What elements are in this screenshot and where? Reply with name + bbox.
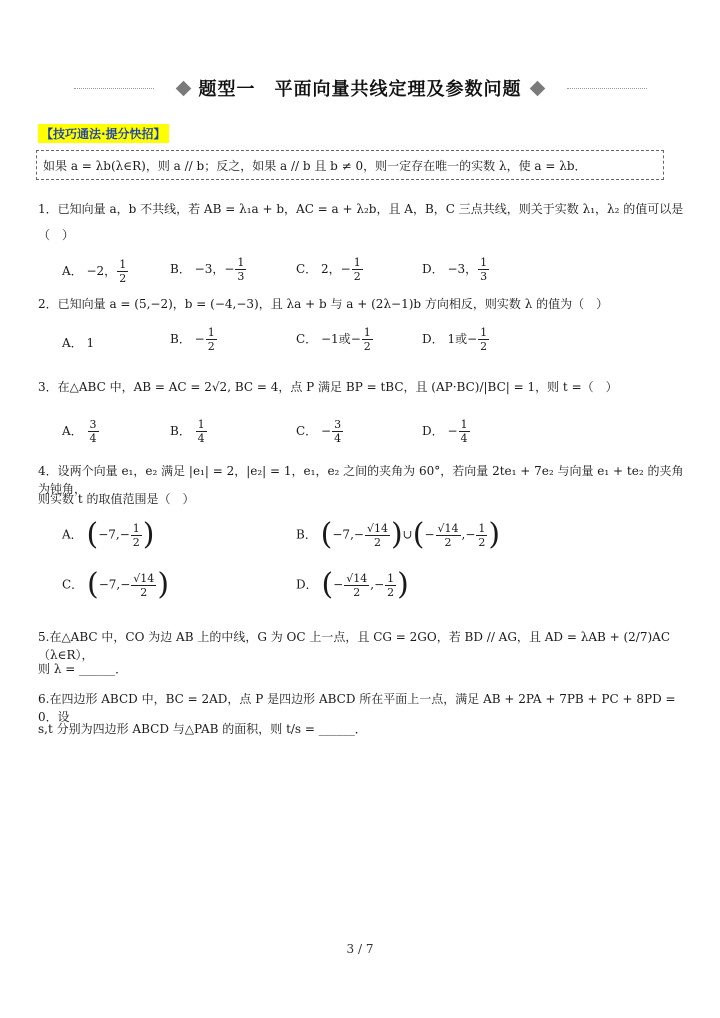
tip-content: 如果 a = λb(λ∈R)，则 a // b；反之，如果 a // b 且 b… <box>43 157 587 174</box>
section-title: 题型一 平面向量共线定理及参数问题 <box>199 75 522 101</box>
option-b[interactable]: B． −12 <box>170 326 218 353</box>
option-a[interactable]: A． 1 <box>62 334 94 351</box>
question-4-cont: 则实数 t 的取值范围是（ ） <box>38 490 194 508</box>
option-a[interactable]: A． −2，12 <box>62 258 129 285</box>
option-c[interactable]: C． −34 <box>296 418 344 445</box>
option-d[interactable]: D． (−√142,−12) <box>296 570 409 600</box>
question-5: 5.在△ABC 中，CO 为边 AB 上的中线，G 为 OC 上一点，且 CG … <box>38 628 688 664</box>
option-d[interactable]: D． −14 <box>422 418 471 445</box>
tip-box: 如果 a = λb(λ∈R)，则 a // b；反之，如果 a // b 且 b… <box>36 150 664 180</box>
tip-label: 【技巧通法·提分快招】 <box>38 124 169 143</box>
diamond-icon <box>529 80 545 96</box>
option-c[interactable]: C． −1或−12 <box>296 326 374 353</box>
question-2: 2．已知向量 a = (5,−2)，b = (−4,−3)，且 λa + b 与… <box>38 295 688 313</box>
question-1-cont: （ ） <box>38 226 74 244</box>
option-b[interactable]: B． (−7,−√142)∪(−√142,−12) <box>296 520 500 550</box>
question-5-cont: 则 λ = ______． <box>38 660 127 678</box>
option-d[interactable]: D． 1或−12 <box>422 326 490 353</box>
question-6-cont: s,t 分别为四边形 ABCD 与△PAB 的面积，则 t/s = ______… <box>38 720 367 738</box>
option-b[interactable]: B． −3，−13 <box>170 256 247 283</box>
dotted-rule-left <box>74 88 154 89</box>
option-d[interactable]: D． −3，13 <box>422 256 490 283</box>
dotted-rule-right <box>567 88 647 89</box>
option-b[interactable]: B． 14 <box>170 418 208 445</box>
option-c[interactable]: C． (−7,−√142) <box>62 570 169 600</box>
diamond-icon <box>175 80 191 96</box>
question-number: 1． <box>38 202 58 216</box>
option-a[interactable]: A． (−7,−12) <box>62 520 155 550</box>
page-number: 3 / 7 <box>0 942 720 956</box>
question-3: 3．在△ABC 中，AB = AC = 2√2, BC = 4，点 P 满足 B… <box>38 378 688 396</box>
section-title-row: 题型一 平面向量共线定理及参数问题 <box>0 70 720 106</box>
option-c[interactable]: C． 2，−12 <box>296 256 364 283</box>
question-1: 1．已知向量 a，b 不共线，若 AB = λ₁a + b，AC = a + λ… <box>38 200 688 218</box>
question-stem: 已知向量 a，b 不共线，若 AB = λ₁a + b，AC = a + λ₂b… <box>58 202 684 216</box>
option-a[interactable]: A． 34 <box>62 418 100 445</box>
